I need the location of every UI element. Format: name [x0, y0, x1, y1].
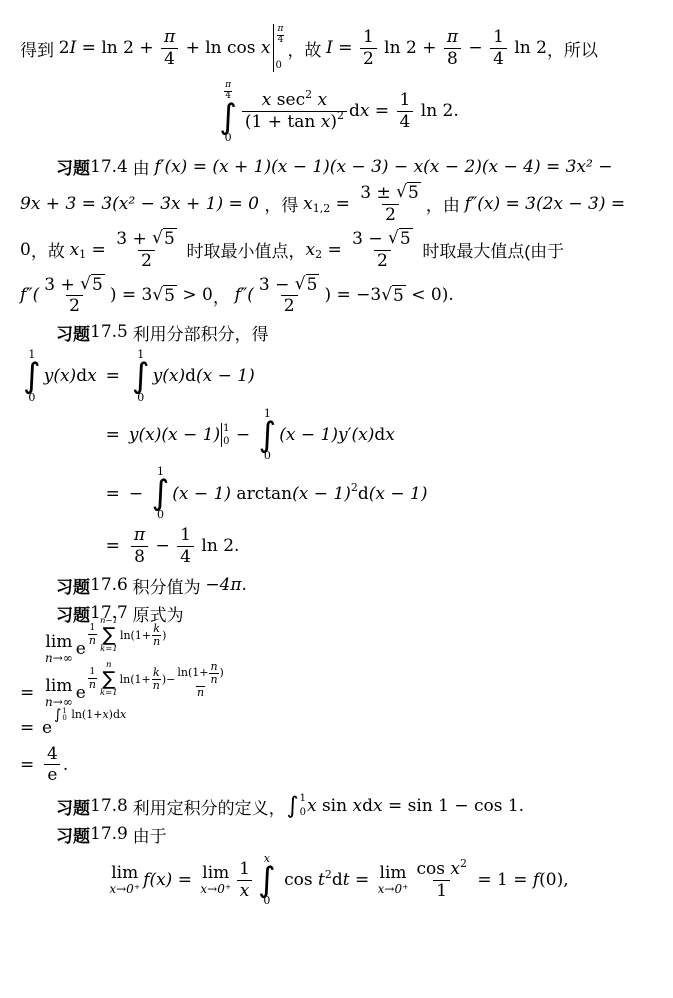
- fraction: 14: [490, 27, 507, 69]
- math-run: f″(x) = 3(2x − 3) =: [465, 194, 626, 214]
- exercise-17-7-equations: limn→∞ e 1n n−1∑k=1 ln(1+ kn ) = limn→∞ …: [20, 630, 655, 786]
- math-run: =: [322, 240, 347, 260]
- lower-limit: 0: [276, 60, 286, 71]
- cjk-text: 得到: [20, 36, 59, 61]
- equation-rhs: e ∫10 ln(1+x)dx: [42, 718, 226, 738]
- fraction-denominator: (1 + tan x)2: [242, 111, 347, 132]
- math-run: I: [70, 38, 77, 58]
- exercise-17-6: 习题17.6 积分值为 −4π.: [20, 573, 655, 598]
- math-run: ) = 3: [110, 285, 153, 305]
- fraction: cos x21: [413, 859, 469, 901]
- fraction: 14: [177, 525, 194, 567]
- math-run: (x − 1): [292, 484, 351, 504]
- integral: ∫10: [54, 708, 67, 722]
- math-run: (x): [351, 425, 374, 445]
- math-run: d: [374, 425, 385, 445]
- tiny-fraction: 1n: [88, 668, 97, 691]
- square-root: √5: [152, 228, 177, 249]
- integral: 1∫0: [259, 408, 277, 463]
- integral: 1∫0: [23, 349, 41, 404]
- fraction-numerator: π: [161, 27, 178, 47]
- limit: limn→∞: [45, 633, 73, 665]
- math-run: ln(1+: [120, 673, 151, 686]
- exercise-17-9-heading: 习题17.9 由于: [20, 822, 655, 847]
- math-run: t: [343, 870, 350, 890]
- math-run: t: [318, 870, 325, 890]
- micro-fraction: nn: [209, 661, 218, 686]
- cjk-text: 积分值为: [128, 573, 205, 598]
- math-run: −: [129, 484, 149, 504]
- math-run: 0: [20, 240, 31, 260]
- math-run: =: [172, 870, 197, 890]
- exercise-number: 17.9: [90, 824, 128, 844]
- cjk-text: 时取最大值点(由于: [418, 237, 564, 262]
- exercise-number: 17.6: [90, 575, 128, 595]
- math-run: d: [358, 484, 369, 504]
- fraction: π8: [131, 525, 148, 567]
- math-run: > 0: [177, 285, 213, 305]
- math-run: x: [120, 708, 126, 721]
- integral: 1∫0: [132, 349, 150, 404]
- equation-rhs: y(x)(x − 1) 10 − 1∫0 (x − 1)y′(x)dx: [129, 408, 428, 463]
- paragraph-line: 0，故 x1 = 3 + √52 时取最小值点，x2 = 3 − √52 时取最…: [20, 228, 655, 271]
- equation-rhs: 1∫0 y(x)d(x − 1): [129, 349, 428, 404]
- math-run: −: [150, 536, 175, 556]
- cjk-text: ，故: [31, 237, 70, 262]
- subscript: 1,2: [313, 202, 331, 215]
- square-root: √5: [80, 274, 105, 295]
- math-run: −4π.: [205, 575, 247, 595]
- equals-sign: =: [20, 683, 42, 703]
- summation: n−1∑k=1: [100, 617, 118, 655]
- math-run: (x − 1): [196, 366, 255, 386]
- equals-sign: =: [97, 484, 129, 504]
- paragraph-line: 9x + 3 = 3(x² − 3x + 1) = 0 ，得 x1,2 = 3 …: [20, 182, 655, 225]
- integral: π4∫0: [219, 78, 237, 144]
- cjk-text: ，故: [287, 36, 326, 61]
- exponent: ∫10 ln(1+x)dx: [53, 708, 126, 722]
- fraction: 4e: [44, 744, 61, 786]
- upper-limit: π4: [277, 25, 285, 46]
- math-run: =: [333, 38, 358, 58]
- cjk-text: 利用定积分的定义，: [128, 794, 286, 819]
- math-run: ln 2.: [196, 536, 239, 556]
- cjk-text: 利用分部积分，得: [128, 320, 269, 345]
- fraction: 3 + √52: [41, 274, 108, 317]
- math-run: 9x + 3 = 3(x² − 3x + 1) = 0: [20, 194, 264, 214]
- integral-lower-limit: 0: [225, 132, 232, 144]
- math-run: =: [350, 870, 375, 890]
- math-run: cos: [279, 870, 318, 890]
- math-run: e: [76, 683, 86, 703]
- math-run: ): [162, 629, 166, 642]
- solutions-page: 得到 2I = ln 2 + π4 + ln cos x π40 ，故 I = …: [0, 0, 673, 907]
- math-run: =: [86, 240, 111, 260]
- math-run: x: [303, 194, 313, 214]
- integral: x∫0: [258, 853, 276, 908]
- integral: ∫10: [287, 794, 306, 818]
- math-run: x: [261, 38, 271, 58]
- exercise-17-5-equations: 1∫0 y(x)dx = 1∫0 y(x)d(x − 1) = y(x)(x −…: [20, 349, 655, 567]
- math-run: =: [369, 101, 394, 121]
- superscript: 2: [325, 868, 332, 881]
- math-run: = ln 2 +: [76, 38, 159, 58]
- integral: 1∫0: [152, 466, 170, 521]
- exercise-label: 习题: [56, 573, 90, 598]
- cjk-text: 由于: [128, 822, 167, 847]
- math-run: y(x): [153, 366, 185, 386]
- square-root: √5: [388, 228, 413, 249]
- fraction: 12: [360, 27, 377, 69]
- display-equation-1: π4∫0 x sec2 x (1 + tan x)2 dx = 14 ln 2.: [20, 78, 655, 144]
- exponent: 1n n∑k=1 ln(1+ kn )− ln(1+nn)n: [87, 661, 226, 699]
- equals-sign: =: [20, 755, 42, 775]
- math-run: x: [385, 425, 395, 445]
- math-run: d: [362, 796, 373, 816]
- math-run: y(x)(x − 1): [129, 425, 220, 445]
- summation: n∑k=1: [100, 661, 118, 699]
- exercise-label: 习题: [56, 601, 90, 626]
- fraction: π4: [161, 27, 178, 69]
- math-run: e: [42, 718, 52, 738]
- math-run: ln(1+: [68, 708, 103, 721]
- fraction-denominator: 4: [161, 48, 178, 69]
- fraction: 3 ± √52: [357, 182, 424, 225]
- equals-sign: =: [97, 366, 129, 386]
- math-run: ln 2 +: [379, 38, 442, 58]
- math-run: x: [70, 240, 80, 260]
- cjk-text: ，得: [264, 191, 303, 216]
- equation-rhs: limn→∞ e 1n n∑k=1 ln(1+ kn )− ln(1+nn)n: [42, 674, 226, 712]
- cjk-text: 由: [128, 154, 154, 179]
- math-run: d: [332, 870, 343, 890]
- tiny-fraction: kn: [152, 667, 161, 692]
- cjk-text: ，由: [426, 191, 465, 216]
- math-run: =: [330, 194, 355, 214]
- square-root: √5: [152, 285, 177, 306]
- math-run: sin: [317, 796, 353, 816]
- math-run: arctan: [231, 484, 292, 504]
- math-run: −: [230, 425, 255, 445]
- math-run: x: [306, 240, 316, 260]
- math-run: (x − 1)y: [279, 425, 347, 445]
- limit: limx→0⁺: [109, 864, 140, 896]
- subscript: 1: [79, 248, 86, 261]
- sigma-sign: ∑: [102, 670, 115, 689]
- math-run: x: [352, 796, 362, 816]
- tiny-fraction: 1n: [88, 624, 97, 647]
- math-run: d: [76, 366, 87, 386]
- math-run: )d: [109, 708, 120, 721]
- sigma-sign: ∑: [103, 626, 116, 645]
- fraction: 3 + √52: [113, 228, 180, 271]
- limit: limn→∞: [45, 677, 73, 709]
- math-run: ) = −3: [324, 285, 381, 305]
- limit: limx→0⁺: [200, 864, 231, 896]
- equation-rhs: π8 − 14 ln 2.: [129, 525, 428, 567]
- math-run: y(x): [44, 366, 76, 386]
- equation-lhs: 1∫0 y(x)dx: [20, 349, 97, 404]
- exercise-number: 17.4: [90, 157, 128, 177]
- exercise-label: 习题: [56, 320, 90, 345]
- display-equation-2: limx→0⁺ f(x) = limx→0⁺ 1x x∫0 cos t2dt =…: [20, 853, 655, 908]
- math-run: + ln cos: [180, 38, 261, 58]
- fraction: 1x: [236, 859, 253, 901]
- integral-sign: ∫: [219, 102, 237, 133]
- fraction: x sec2 x (1 + tan x)2: [242, 90, 347, 132]
- exercise-label: 习题: [56, 154, 90, 179]
- math-run: f″(: [235, 285, 254, 305]
- paragraph-line: 习题17.4 由 f′(x) = (x + 1)(x − 1)(x − 3) −…: [20, 154, 655, 179]
- math-run: f′(x) = (x + 1)(x − 1)(x − 3) − x(x − 2)…: [154, 157, 612, 177]
- math-run: I: [326, 38, 333, 58]
- fraction: 14: [397, 90, 414, 132]
- math-run: f″(: [20, 285, 39, 305]
- exercise-label: 习题: [56, 822, 90, 847]
- math-run: d: [185, 366, 196, 386]
- square-root: √5: [381, 285, 406, 306]
- exponent: 1n n−1∑k=1 ln(1+ kn ): [87, 617, 167, 655]
- math-run: (x − 1): [369, 484, 428, 504]
- square-root: √5: [295, 274, 320, 295]
- exercise-number: 17.8: [90, 796, 128, 816]
- equation-rhs: 4e .: [42, 744, 226, 786]
- square-root: √5: [396, 182, 421, 203]
- cjk-text: ，所以: [547, 36, 598, 61]
- cjk-text: 时取最小值点，: [182, 237, 306, 262]
- exercise-17-4: 习题17.4 由 f′(x) = (x + 1)(x − 1)(x − 3) −…: [20, 154, 655, 316]
- math-run: x: [373, 796, 383, 816]
- equals-sign: =: [20, 718, 42, 738]
- evaluation-bar: 10: [221, 423, 229, 447]
- fraction: 3 − √52: [349, 228, 416, 271]
- math-run: )−: [162, 673, 176, 686]
- math-run: .: [63, 755, 68, 775]
- math-run: < 0).: [406, 285, 454, 305]
- math-run: ln(1+: [120, 629, 151, 642]
- equation-rhs: − 1∫0 (x − 1) arctan(x − 1)2d(x − 1): [129, 466, 428, 521]
- equals-sign: =: [97, 536, 129, 556]
- exercise-number: 17.5: [90, 322, 128, 342]
- exercise-label: 习题: [56, 794, 90, 819]
- math-run: = 1 =: [472, 870, 533, 890]
- subscript: 2: [315, 248, 322, 261]
- math-run: x: [360, 101, 370, 121]
- math-run: e: [76, 639, 86, 659]
- tiny-fraction: ln(1+nn)n: [176, 661, 225, 699]
- tiny-fraction: kn: [152, 623, 161, 648]
- math-run: (x − 1): [172, 484, 231, 504]
- math-run: x: [307, 796, 317, 816]
- math-run: = sin 1 − cos 1.: [383, 796, 525, 816]
- math-run: ln 2: [509, 38, 547, 58]
- math-run: d: [349, 101, 360, 121]
- superscript: 2: [351, 481, 358, 494]
- math-run: x: [87, 366, 97, 386]
- paragraph-line: f″( 3 + √52 ) = 3√5 > 0 ， f″( 3 − √52 ) …: [20, 274, 655, 317]
- fraction-numerator: x sec2 x: [259, 90, 330, 110]
- fraction: 3 − √52: [256, 274, 323, 317]
- math-run: ln 2.: [415, 101, 458, 121]
- math-run: −: [463, 38, 488, 58]
- exercise-17-5-heading: 习题17.5 利用分部积分，得: [20, 320, 655, 345]
- exercise-17-8: 习题17.8 利用定积分的定义， ∫10 x sin xdx = sin 1 −…: [20, 794, 655, 819]
- cjk-text: ，: [213, 283, 235, 308]
- radical-sign: √: [396, 182, 407, 202]
- math-run: f(x): [143, 870, 172, 890]
- limit: limx→0⁺: [378, 864, 409, 896]
- math-run: (0),: [539, 870, 568, 890]
- intro-line: 得到 2I = ln 2 + π4 + ln cos x π40 ，故 I = …: [20, 24, 655, 72]
- evaluation-bar: π40: [273, 24, 286, 72]
- equals-sign: =: [97, 425, 129, 445]
- math-run: 2: [59, 38, 70, 58]
- fraction: π8: [444, 27, 461, 69]
